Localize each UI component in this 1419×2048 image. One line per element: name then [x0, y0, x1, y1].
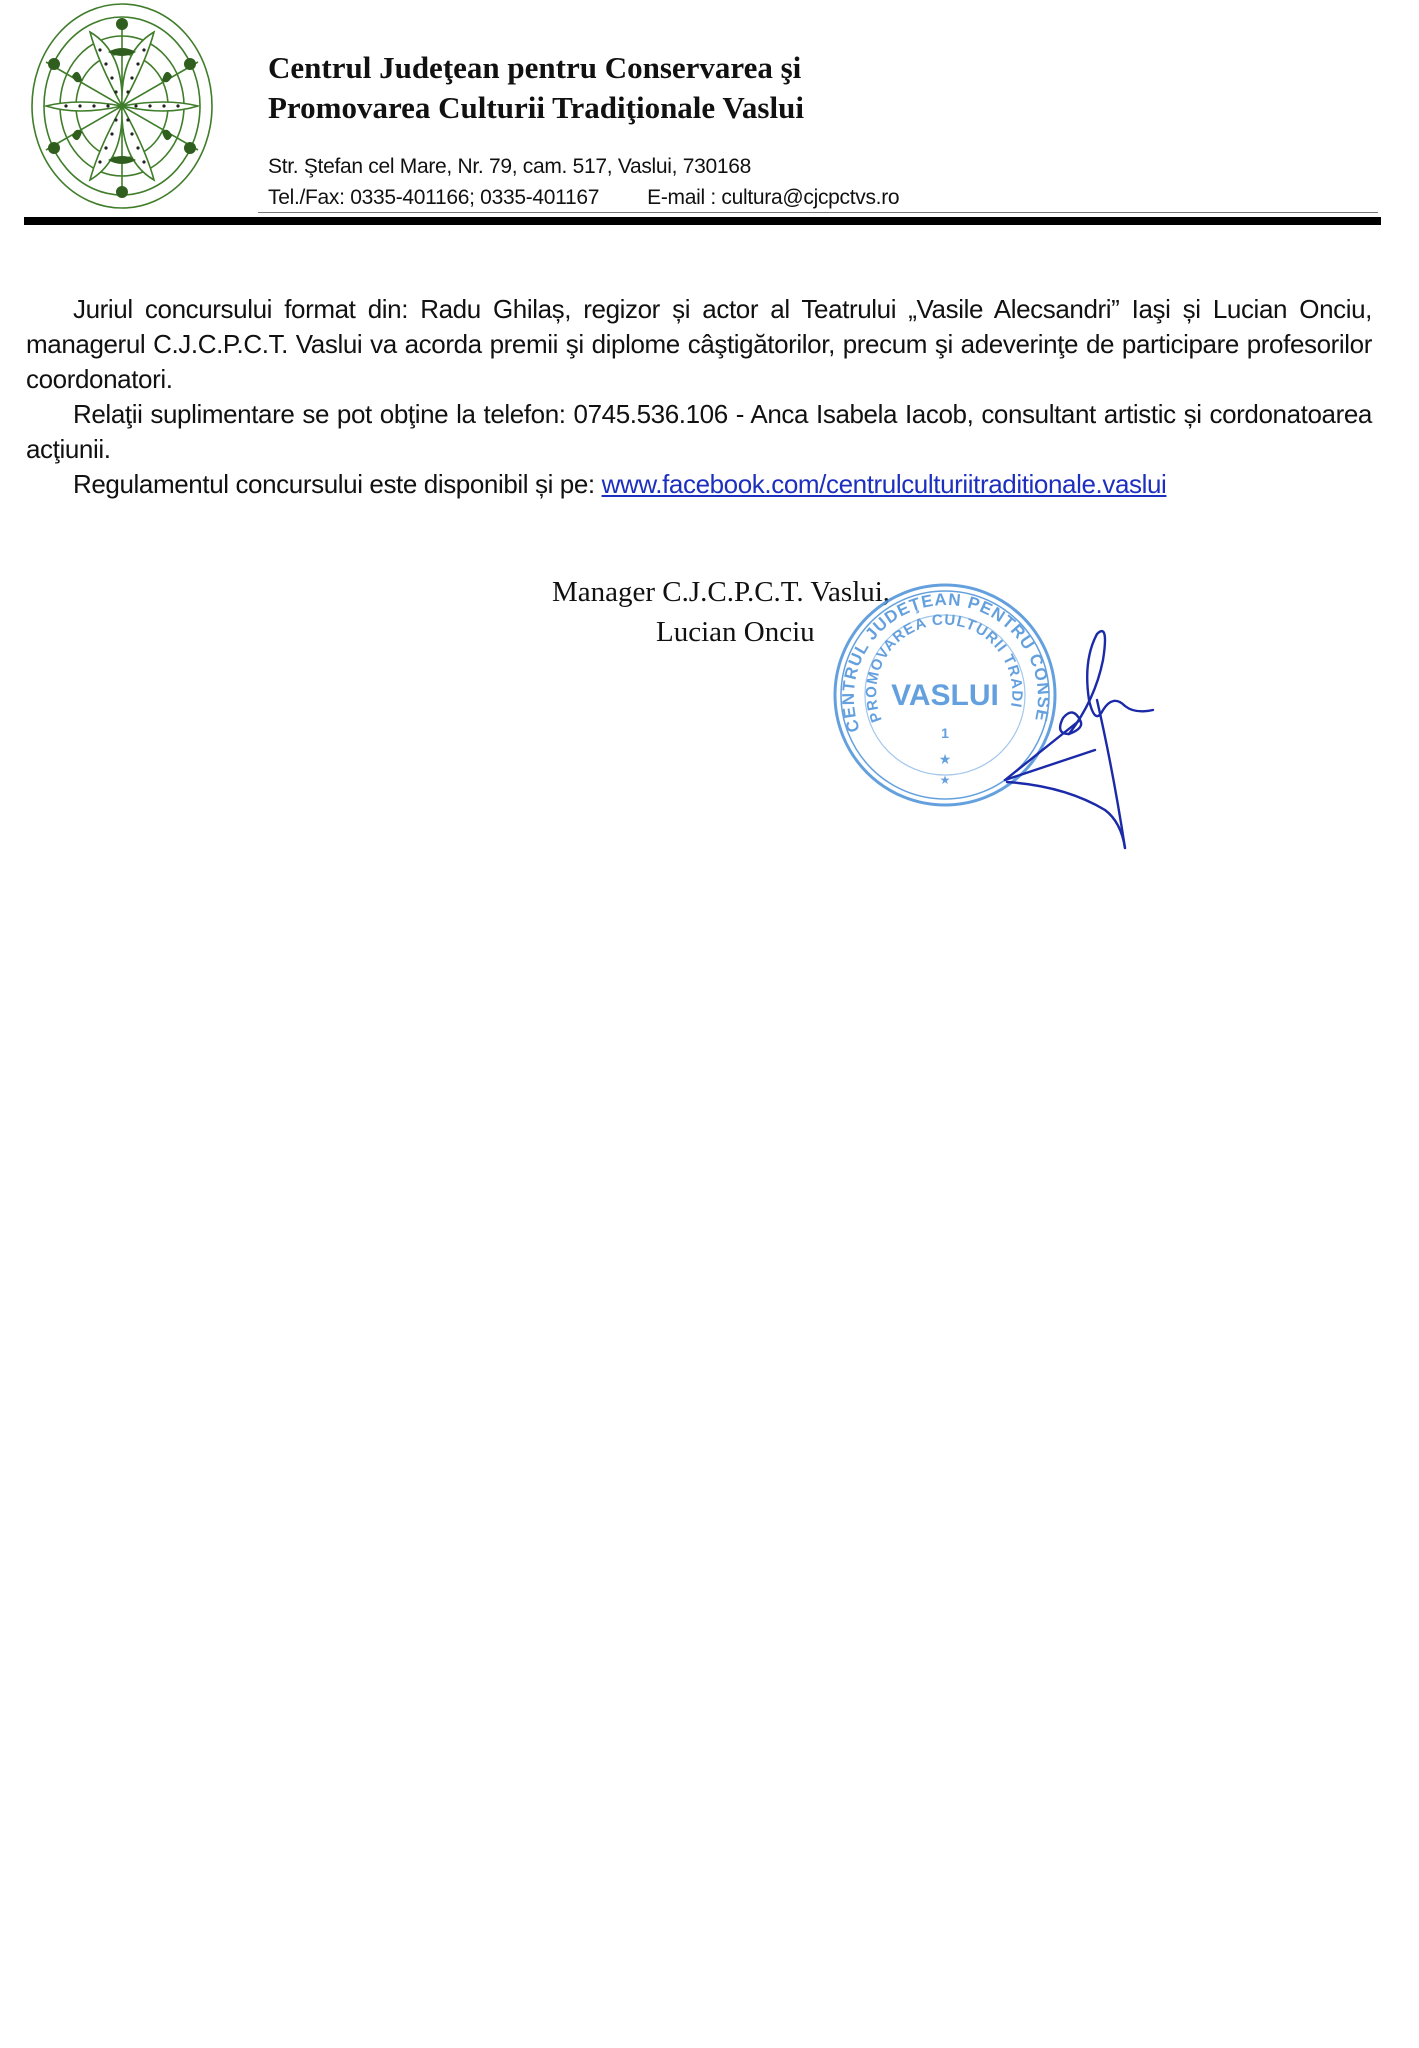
handwritten-signature-icon: [985, 610, 1185, 850]
email: E-mail : cultura@cjcpctvs.ro: [647, 186, 899, 209]
contact-line: Tel./Fax: 0335-401166; 0335-401167E-mail…: [268, 183, 899, 213]
organization-name-line-2: Promovarea Culturii Tradiţionale Vaslui: [268, 88, 968, 128]
address: Str. Ştefan cel Mare, Nr. 79, cam. 517, …: [268, 152, 751, 182]
regulations-text: Regulamentul concursului este disponibil…: [73, 469, 602, 499]
organization-name: Centrul Judeţean pentru Conservarea şi P…: [268, 48, 968, 128]
phone-fax: Tel./Fax: 0335-401166; 0335-401167: [268, 186, 599, 209]
header-rule: [24, 217, 1381, 225]
stamp-center-text: VASLUI: [891, 679, 999, 712]
organization-name-line-1: Centrul Judeţean pentru Conservarea şi: [268, 48, 968, 88]
stamp-star-icon: ★: [939, 753, 952, 768]
paragraph-jury: Juriul concursului format din: Radu Ghil…: [26, 292, 1372, 397]
folk-rosette-logo-icon: [28, 2, 216, 216]
stamp-number: 1: [941, 725, 949, 741]
letter-body: Juriul concursului format din: Radu Ghil…: [26, 292, 1372, 502]
header-thin-rule: [258, 212, 1378, 213]
paragraph-regulations: Regulamentul concursului este disponibil…: [26, 467, 1372, 502]
paragraph-contact-info: Relaţii suplimentare se pot obţine la te…: [26, 397, 1372, 467]
facebook-link[interactable]: www.facebook.com/centrulculturiitraditio…: [602, 469, 1167, 499]
stamp-star-icon: ★: [940, 773, 951, 787]
